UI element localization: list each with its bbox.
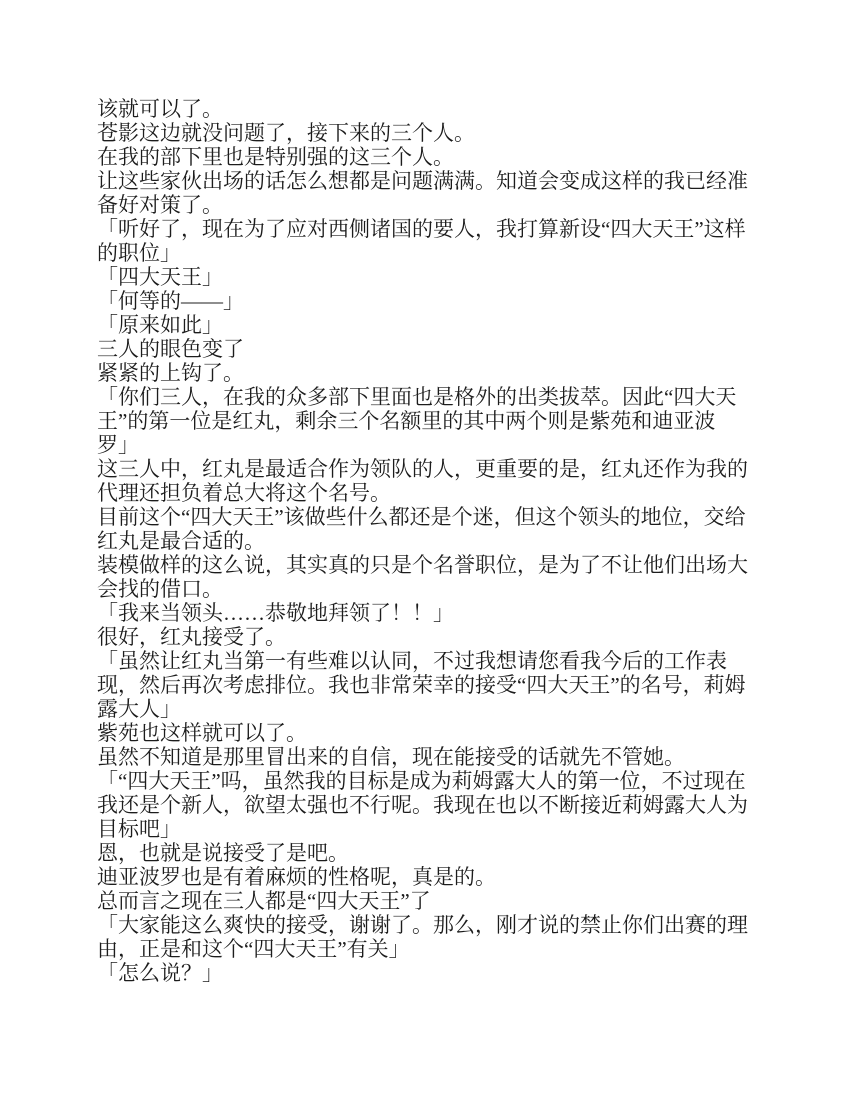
text-line: 「原来如此」 — [97, 313, 757, 337]
text-line: 「“四大天王”吗，虽然我的目标是成为莉姆露大人的第一位，不过现在 — [97, 769, 757, 793]
text-line: 露大人」 — [97, 697, 757, 721]
text-line: 很好，红丸接受了。 — [97, 625, 757, 649]
text-line: 「大家能这么爽快的接受，谢谢了。那么，刚才说的禁止你们出赛的理 — [97, 913, 757, 937]
text-line: 「我来当领头……恭敬地拜领了！！」 — [97, 601, 757, 625]
text-line: 我还是个新人，欲望太强也不行呢。我现在也以不断接近莉姆露大人为 — [97, 793, 757, 817]
text-line: 该就可以了。 — [97, 97, 757, 121]
text-line: 代理还担负着总大将这个名号。 — [97, 481, 757, 505]
text-line: 紧紧的上钩了。 — [97, 361, 757, 385]
text-line: 迪亚波罗也是有着麻烦的性格呢，真是的。 — [97, 865, 757, 889]
text-line: 苍影这边就没问题了，接下来的三个人。 — [97, 121, 757, 145]
text-line: 这三人中，红丸是最适合作为领队的人，更重要的是，红丸还作为我的 — [97, 457, 757, 481]
text-line: 目前这个“四大天王”该做些什么都还是个迷，但这个领头的地位，交给 — [97, 505, 757, 529]
text-line: 恩，也就是说接受了是吧。 — [97, 841, 757, 865]
text-line: 红丸是最合适的。 — [97, 529, 757, 553]
text-line: 在我的部下里也是特别强的这三个人。 — [97, 145, 757, 169]
text-line: 罗」 — [97, 433, 757, 457]
text-line: 的职位」 — [97, 241, 757, 265]
novel-text-block: 该就可以了。苍影这边就没问题了，接下来的三个人。在我的部下里也是特别强的这三个人… — [97, 97, 757, 985]
text-line: 「虽然让红丸当第一有些难以认同，不过我想请您看我今后的工作表 — [97, 649, 757, 673]
text-line: 「你们三人，在我的众多部下里面也是格外的出类拔萃。因此“四大天 — [97, 385, 757, 409]
text-line: 让这些家伙出场的话怎么想都是问题满满。知道会变成这样的我已经准 — [97, 169, 757, 193]
text-line: 装模做样的这么说，其实真的只是个名誉职位，是为了不让他们出场大 — [97, 553, 757, 577]
text-line: 「何等的——」 — [97, 289, 757, 313]
text-line: 由，正是和这个“四大天王”有关」 — [97, 937, 757, 961]
text-line: 三人的眼色变了 — [97, 337, 757, 361]
text-line: 现，然后再次考虑排位。我也非常荣幸的接受“四大天王”的名号，莉姆 — [97, 673, 757, 697]
text-line: 王”的第一位是红丸，剩余三个名额里的其中两个则是紫苑和迪亚波 — [97, 409, 757, 433]
text-line: 会找的借口。 — [97, 577, 757, 601]
document-page: 该就可以了。苍影这边就没问题了，接下来的三个人。在我的部下里也是特别强的这三个人… — [0, 0, 850, 1100]
text-line: 「怎么说？」 — [97, 961, 757, 985]
text-line: 总而言之现在三人都是“四大天王”了 — [97, 889, 757, 913]
text-line: 紫苑也这样就可以了。 — [97, 721, 757, 745]
text-line: 目标吧」 — [97, 817, 757, 841]
text-line: 虽然不知道是那里冒出来的自信，现在能接受的话就先不管她。 — [97, 745, 757, 769]
text-line: 「听好了，现在为了应对西侧诸国的要人，我打算新设“四大天王”这样 — [97, 217, 757, 241]
text-line: 「四大天王」 — [97, 265, 757, 289]
text-line: 备好对策了。 — [97, 193, 757, 217]
